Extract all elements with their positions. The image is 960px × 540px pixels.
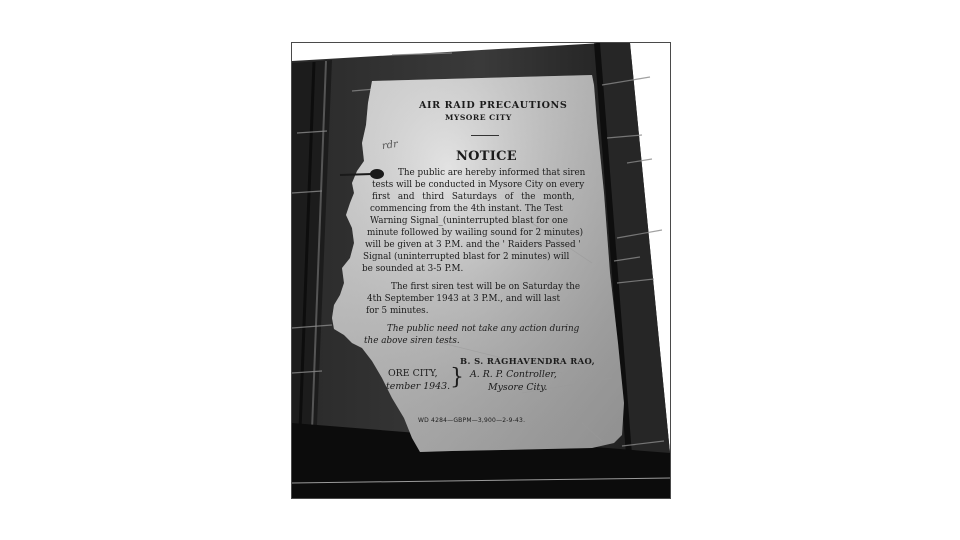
photo-background xyxy=(292,43,670,498)
notice-photograph: AIR RAID PRECAUTIONS MYSORE CITY rdr NOT… xyxy=(291,42,671,499)
